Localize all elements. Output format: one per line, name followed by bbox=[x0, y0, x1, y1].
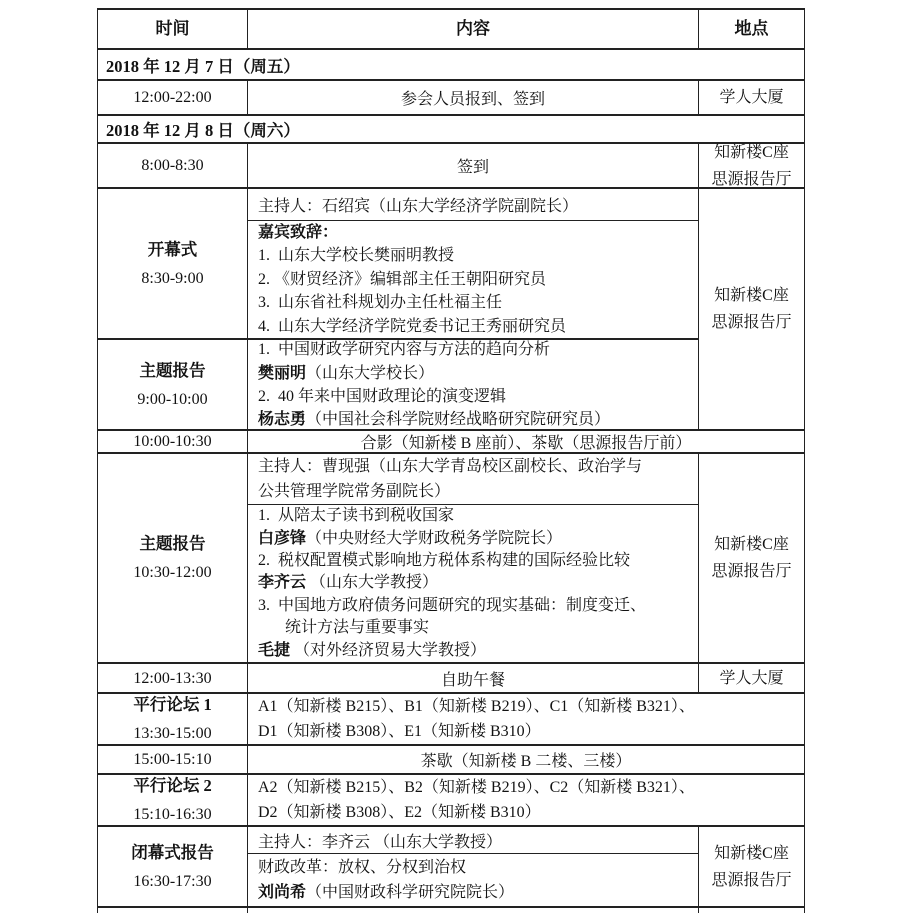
date-label: 2018 年 12 月 8 日（周六） bbox=[106, 117, 300, 141]
speaker-affiliation: （中国财政科学研究院院长） bbox=[306, 884, 514, 901]
location-cell: 知新楼C座 思源报告厅 bbox=[699, 144, 804, 187]
time-value: 16:30-17:30 bbox=[133, 867, 211, 896]
location-cell: 学人大厦 bbox=[699, 664, 804, 692]
content-cell: 签到 bbox=[248, 144, 699, 187]
table-row-signin: 8:00-8:30 签到 知新楼C座 思源报告厅 bbox=[98, 142, 804, 187]
guest-item: 1. 山东大学校长樊丽明教授 bbox=[248, 244, 698, 267]
guest-item: 4. 山东大学经济学院党委书记王秀丽研究员 bbox=[248, 315, 698, 338]
header-location-label: 地点 bbox=[735, 19, 769, 39]
speaker-line: 樊丽明（山东大学校长） bbox=[248, 362, 698, 385]
time-cell: 开幕式 8:30-9:00 bbox=[98, 189, 248, 338]
speaker-line: 毛捷 （对外经济贸易大学教授） bbox=[248, 640, 698, 662]
session-title: 平行论坛 2 bbox=[133, 771, 211, 800]
location-text: 学人大厦 bbox=[719, 84, 783, 111]
forum-rooms: A2（知新楼 B215）、B2（知新楼 B219）、C2（知新楼 B321）、 bbox=[248, 775, 804, 800]
content-cell: 主持人：曹现强（山东大学青岛校区副校长、政治学与 公共管理学院常务副院长） 1.… bbox=[248, 454, 699, 662]
table-row-partial bbox=[98, 906, 804, 913]
speaker-name: 杨志勇 bbox=[258, 411, 306, 428]
band-opening: 开幕式 8:30-9:00 主持人：石绍宾（山东大学经济学院副院长） 嘉宾致辞：… bbox=[98, 189, 698, 338]
table-row-group-morning: 开幕式 8:30-9:00 主持人：石绍宾（山东大学经济学院副院长） 嘉宾致辞：… bbox=[98, 187, 804, 429]
host-subrow: 主持人：石绍宾（山东大学经济学院副院长） bbox=[248, 189, 698, 221]
forum-rooms: D2（知新楼 B308）、E2（知新楼 B310） bbox=[248, 800, 804, 825]
time-value: 12:00-13:30 bbox=[133, 664, 211, 693]
content-cell: 合影（知新楼 B 座前）、茶歇（思源报告厅前） bbox=[248, 431, 804, 452]
content-cell bbox=[248, 908, 699, 913]
session-title: 主题报告 bbox=[140, 356, 206, 385]
guest-item: 3. 山东省社科规划办主任杜福主任 bbox=[248, 291, 698, 314]
location-text-line1: 知新楼C座 bbox=[714, 282, 789, 309]
session-title: 平行论坛 1 bbox=[133, 690, 211, 719]
talk-title: 2. 税权配置模式影响地方税体系构建的国际经验比较 bbox=[248, 550, 698, 572]
guest-item: 2. 《财贸经济》编辑部主任王朝阳研究员 bbox=[248, 268, 698, 291]
content-text: 茶歇（知新楼 B 二楼、三楼） bbox=[248, 748, 804, 771]
table-row-lunch: 12:00-13:30 自助午餐 学人大厦 bbox=[98, 662, 804, 692]
session-title: 开幕式 bbox=[148, 235, 198, 264]
time-value: 15:00-15:10 bbox=[133, 745, 211, 774]
speaker-line: 李齐云 （山东大学教授） bbox=[248, 572, 698, 594]
content-text: 签到 bbox=[457, 154, 489, 177]
location-text-line2: 思源报告厅 bbox=[711, 309, 791, 336]
time-cell bbox=[98, 908, 248, 913]
time-value: 9:00-10:00 bbox=[137, 385, 207, 414]
header-row: 时间 内容 地点 bbox=[98, 10, 804, 48]
content-text: 自助午餐 bbox=[441, 667, 505, 690]
time-cell: 8:00-8:30 bbox=[98, 144, 248, 187]
content-cell: 主持人：石绍宾（山东大学经济学院副院长） 嘉宾致辞： 1. 山东大学校长樊丽明教… bbox=[248, 189, 698, 338]
date-label: 2018 年 12 月 7 日（周五） bbox=[106, 53, 300, 77]
header-cell-content: 内容 bbox=[248, 10, 699, 48]
talk-title: 财政改革：放权、分权到治权 bbox=[248, 855, 698, 880]
location-text-line1: 知新楼C座 bbox=[714, 840, 789, 867]
location-text-line1: 知新楼C座 bbox=[714, 531, 789, 558]
time-cell: 主题报告 9:00-10:00 bbox=[98, 340, 248, 430]
time-cell: 10:00-10:30 bbox=[98, 431, 248, 452]
session-title: 主题报告 bbox=[140, 529, 206, 558]
time-cell: 平行论坛 2 15:10-16:30 bbox=[98, 775, 248, 825]
talks-subrow: 财政改革：放权、分权到治权 刘尚希（中国财政科学研究院院长） bbox=[248, 854, 698, 906]
time-cell: 15:00-15:10 bbox=[98, 746, 248, 773]
host-text: 主持人：石绍宾（山东大学经济学院副院长） bbox=[248, 193, 698, 216]
location-text-line2: 思源报告厅 bbox=[711, 867, 791, 894]
header-time-label: 时间 bbox=[156, 19, 190, 39]
time-cell: 12:00-22:00 bbox=[98, 81, 248, 114]
table-row-registration: 12:00-22:00 参会人员报到、签到 学人大厦 bbox=[98, 79, 804, 114]
talks-subrow: 1. 从陪太子读书到税收国家 白彦锋（中央财经大学财政税务学院院长） 2. 税权… bbox=[248, 505, 698, 662]
speaker-affiliation: （山东大学教授） bbox=[306, 574, 438, 591]
location-text-line2: 思源报告厅 bbox=[711, 558, 791, 585]
location-cell: 知新楼C座 思源报告厅 bbox=[699, 189, 804, 429]
time-value: 12:00-22:00 bbox=[133, 83, 211, 112]
talk-title-continued: 统计方法与重要事实 bbox=[248, 617, 698, 639]
time-cell: 平行论坛 1 13:30-15:00 bbox=[98, 694, 248, 744]
talk-title: 1. 中国财政学研究内容与方法的趋向分析 bbox=[248, 338, 698, 361]
host-text: 主持人：曹现强（山东大学青岛校区副校长、政治学与 bbox=[248, 454, 698, 479]
greet-title: 嘉宾致辞： bbox=[248, 221, 698, 244]
speaker-line: 刘尚希（中国财政科学研究院院长） bbox=[248, 880, 698, 905]
header-content-label: 内容 bbox=[456, 19, 490, 39]
host-subrow: 主持人：曹现强（山东大学青岛校区副校长、政治学与 公共管理学院常务副院长） bbox=[248, 454, 698, 505]
speaker-affiliation: （对外经济贸易大学教授） bbox=[290, 642, 486, 659]
forum-rooms: A1（知新楼 B215）、B1（知新楼 B219）、C1（知新楼 B321）、 bbox=[248, 694, 804, 719]
guests-subrow: 嘉宾致辞： 1. 山东大学校长樊丽明教授 2. 《财贸经济》编辑部主任王朝阳研究… bbox=[248, 221, 698, 338]
talk-title: 3. 中国地方政府债务问题研究的现实基础：制度变迁、 bbox=[248, 595, 698, 617]
location-cell: 知新楼C座 思源报告厅 bbox=[699, 454, 804, 662]
speaker-name: 樊丽明 bbox=[258, 365, 306, 382]
time-cell: 闭幕式报告 16:30-17:30 bbox=[98, 827, 248, 906]
speaker-affiliation: （中央财经大学财政税务学院院长） bbox=[306, 530, 562, 547]
content-cell: 茶歇（知新楼 B 二楼、三楼） bbox=[248, 746, 804, 773]
location-text: 学人大厦 bbox=[719, 665, 783, 692]
header-cell-location: 地点 bbox=[699, 10, 804, 48]
table-row-tea-break: 15:00-15:10 茶歇（知新楼 B 二楼、三楼） bbox=[98, 744, 804, 773]
schedule-table: 时间 内容 地点 2018 年 12 月 7 日（周五） 12:00-22:00… bbox=[97, 8, 805, 913]
content-text: 合影（知新楼 B 座前）、茶歇（思源报告厅前） bbox=[248, 430, 804, 453]
content-cell: 1. 中国财政学研究内容与方法的趋向分析 樊丽明（山东大学校长） 2. 40 年… bbox=[248, 340, 698, 430]
time-cell: 12:00-13:30 bbox=[98, 664, 248, 692]
group-left: 开幕式 8:30-9:00 主持人：石绍宾（山东大学经济学院副院长） 嘉宾致辞：… bbox=[98, 189, 699, 429]
time-cell: 主题报告 10:30-12:00 bbox=[98, 454, 248, 662]
talk-title: 1. 从陪太子读书到税收国家 bbox=[248, 505, 698, 527]
table-row-keynote2: 主题报告 10:30-12:00 主持人：曹现强（山东大学青岛校区副校长、政治学… bbox=[98, 452, 804, 662]
host-text: 主持人：李齐云 （山东大学教授） bbox=[248, 829, 698, 852]
speaker-affiliation: （山东大学校长） bbox=[306, 365, 434, 382]
host-text: 公共管理学院常务副院长） bbox=[248, 479, 698, 504]
time-value: 8:30-9:00 bbox=[141, 264, 203, 293]
location-cell: 学人大厦 bbox=[699, 81, 804, 114]
table-row-photo-break: 10:00-10:30 合影（知新楼 B 座前）、茶歇（思源报告厅前） bbox=[98, 429, 804, 452]
speaker-name: 李齐云 bbox=[258, 574, 306, 591]
session-title: 闭幕式报告 bbox=[131, 838, 214, 867]
location-cell bbox=[699, 908, 804, 913]
location-text-line1: 知新楼C座 bbox=[714, 139, 789, 166]
time-value: 15:10-16:30 bbox=[133, 800, 211, 829]
speaker-name: 毛捷 bbox=[258, 642, 290, 659]
header-cell-time: 时间 bbox=[98, 10, 248, 48]
time-value: 8:00-8:30 bbox=[141, 151, 203, 180]
speaker-affiliation: （中国社会科学院财经战略研究院研究员） bbox=[306, 411, 610, 428]
date-row-saturday: 2018 年 12 月 8 日（周六） bbox=[98, 114, 804, 142]
table-row-forum1: 平行论坛 1 13:30-15:00 A1（知新楼 B215）、B1（知新楼 B… bbox=[98, 692, 804, 744]
time-value: 13:30-15:00 bbox=[133, 719, 211, 748]
speaker-line: 杨志勇（中国社会科学院财经战略研究院研究员） bbox=[248, 408, 698, 431]
time-value: 10:00-10:30 bbox=[133, 427, 211, 456]
table-row-closing: 闭幕式报告 16:30-17:30 主持人：李齐云 （山东大学教授） 财政改革：… bbox=[98, 825, 804, 906]
speaker-name: 刘尚希 bbox=[258, 884, 306, 901]
content-text: 参会人员报到、签到 bbox=[401, 86, 545, 109]
content-cell: A2（知新楼 B215）、B2（知新楼 B219）、C2（知新楼 B321）、 … bbox=[248, 775, 804, 825]
speaker-name: 白彦锋 bbox=[258, 530, 306, 547]
talk-title: 2. 40 年来中国财政理论的演变逻辑 bbox=[248, 385, 698, 408]
host-subrow: 主持人：李齐云 （山东大学教授） bbox=[248, 827, 698, 854]
table-row-forum2: 平行论坛 2 15:10-16:30 A2（知新楼 B215）、B2（知新楼 B… bbox=[98, 773, 804, 825]
band-keynote1: 主题报告 9:00-10:00 1. 中国财政学研究内容与方法的趋向分析 樊丽明… bbox=[98, 338, 698, 430]
forum-rooms: D1（知新楼 B308）、E1（知新楼 B310） bbox=[248, 719, 804, 744]
date-row-friday: 2018 年 12 月 7 日（周五） bbox=[98, 48, 804, 79]
content-cell: A1（知新楼 B215）、B1（知新楼 B219）、C1（知新楼 B321）、 … bbox=[248, 694, 804, 744]
time-value: 10:30-12:00 bbox=[133, 558, 211, 587]
content-cell: 主持人：李齐云 （山东大学教授） 财政改革：放权、分权到治权 刘尚希（中国财政科… bbox=[248, 827, 699, 906]
location-cell: 知新楼C座 思源报告厅 bbox=[699, 827, 804, 906]
content-cell: 自助午餐 bbox=[248, 664, 699, 692]
speaker-line: 白彦锋（中央财经大学财政税务学院院长） bbox=[248, 528, 698, 550]
content-cell: 参会人员报到、签到 bbox=[248, 81, 699, 114]
